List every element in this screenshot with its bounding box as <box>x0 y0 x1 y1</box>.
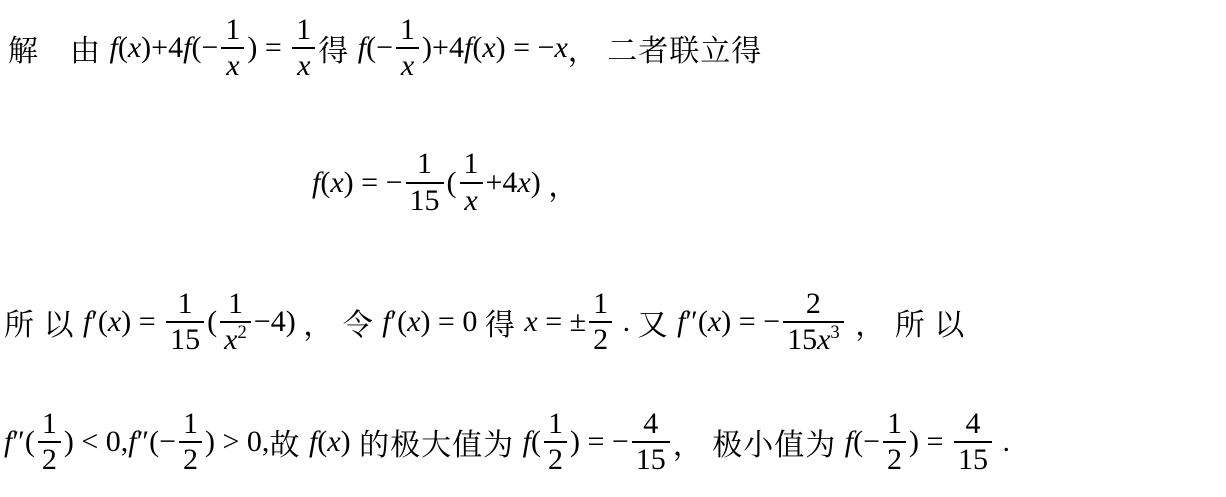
math-run: f <box>128 425 136 459</box>
math-run: x <box>482 31 495 65</box>
solution-line-2: f(x) = −115(1x+4x) ， <box>0 135 1226 230</box>
math-run: x <box>554 31 567 65</box>
fraction: 1x <box>221 13 244 84</box>
math-run: 1 <box>183 407 198 440</box>
text-run: 故 <box>269 420 309 464</box>
fraction: 415 <box>954 407 992 478</box>
math-run: x <box>224 323 237 356</box>
math-run: ) < 0, <box>64 425 128 459</box>
math-run: 15 <box>787 323 817 356</box>
math-run: 1 <box>296 13 311 46</box>
text-run: ， 所 以 <box>847 300 966 344</box>
math-run: 1 <box>593 287 608 320</box>
math-run: x <box>517 166 530 200</box>
fraction-denominator: 15x3 <box>783 323 844 358</box>
text-run: 解 由 <box>8 26 110 70</box>
text-run: ， 二者联立得 <box>568 26 763 70</box>
fraction-denominator: 15 <box>166 323 204 358</box>
fraction: 12 <box>38 407 61 478</box>
fraction-numerator: 1 <box>460 147 483 184</box>
solution-line-1: 解 由 f(x)+4f(−1x) = 1x得 f(−1x)+4f(x) = −x… <box>0 0 1226 96</box>
fraction-numerator: 1 <box>544 407 567 444</box>
math-run: x <box>108 305 121 339</box>
math-run: . <box>995 425 1010 459</box>
math-run: 2 <box>548 443 563 476</box>
fraction-numerator: 1 <box>221 13 244 50</box>
math-run: 1 <box>887 407 902 440</box>
math-run: (− <box>191 31 218 65</box>
fraction-denominator: 15 <box>406 184 444 219</box>
math-run: ″( <box>685 305 708 339</box>
math-run: f <box>845 425 853 459</box>
math-run: = ± <box>538 305 586 339</box>
math-run: f <box>677 305 685 339</box>
fraction: 1x <box>460 147 483 218</box>
fraction-denominator: x <box>292 49 315 84</box>
math-run: f <box>358 31 366 65</box>
math-run: . <box>615 305 638 339</box>
math-run: +4 <box>486 166 518 200</box>
math-run: ″( <box>12 425 35 459</box>
text-run: ， 令 <box>303 300 382 344</box>
math-run: (− <box>366 31 393 65</box>
math-run: f <box>312 166 320 200</box>
math-run: x <box>226 49 239 82</box>
math-run: ′( <box>391 305 408 339</box>
fraction-numerator: 1 <box>396 13 419 50</box>
math-run: x <box>401 49 414 82</box>
math-run: 15 <box>170 323 200 356</box>
text-run: ， 极小值为 <box>673 420 845 464</box>
superscript: 3 <box>830 322 839 343</box>
fraction-denominator: x <box>460 184 483 219</box>
text-run: 又 <box>638 300 678 344</box>
math-run: 2 <box>593 323 608 356</box>
fraction: 115 <box>406 147 444 218</box>
fraction-denominator: 2 <box>883 443 906 478</box>
superscript: 2 <box>237 322 246 343</box>
fraction-numerator: 1 <box>883 407 906 444</box>
math-run: )+4 <box>422 31 464 65</box>
fraction-numerator: 4 <box>632 407 670 444</box>
math-document-page: 解 由 f(x)+4f(−1x) = 1x得 f(−1x)+4f(x) = −x… <box>0 0 1226 497</box>
math-run: f <box>523 425 531 459</box>
math-run: ) = − <box>721 305 780 339</box>
math-run: f <box>110 31 118 65</box>
fraction-denominator: x <box>396 49 419 84</box>
math-run: 15 <box>958 443 988 476</box>
math-run: ( <box>317 425 327 459</box>
math-run: f <box>382 305 390 339</box>
fraction-numerator: 2 <box>783 287 844 324</box>
fraction-denominator: x <box>221 49 244 84</box>
math-run: ) = 0 <box>420 305 484 339</box>
math-run: ( <box>531 425 541 459</box>
fraction: 12 <box>589 287 612 358</box>
math-run: 1 <box>464 147 479 180</box>
solution-line-3: 所 以 f′(x) = 115(1x2−4) ， 令 f′(x) = 0 得 x… <box>0 272 1226 372</box>
fraction: 1x <box>396 13 419 84</box>
math-run: ) = − <box>344 166 403 200</box>
math-run: x <box>464 184 477 217</box>
math-run: 15 <box>410 184 440 217</box>
fraction: 12 <box>883 407 906 478</box>
math-run: ( <box>472 31 482 65</box>
fraction-numerator: 1 <box>179 407 202 444</box>
math-run: ( <box>447 166 457 200</box>
fraction-numerator: 1 <box>220 287 251 324</box>
math-run: ) <box>341 425 351 459</box>
fraction: 215x3 <box>783 287 844 358</box>
math-run: ) = <box>121 305 163 339</box>
math-run: 1 <box>178 287 193 320</box>
fraction: 12 <box>544 407 567 478</box>
math-run: f <box>464 31 472 65</box>
math-run: f <box>309 425 317 459</box>
math-run: x <box>407 305 420 339</box>
fraction-numerator: 1 <box>166 287 204 324</box>
math-run: 2 <box>42 443 57 476</box>
math-run: ( <box>118 31 128 65</box>
math-run: 2 <box>887 443 902 476</box>
text-run: 所 以 <box>4 300 83 344</box>
math-run: ( <box>320 166 330 200</box>
math-run: ) <box>531 166 549 200</box>
math-run: 4 <box>643 407 658 440</box>
text-run: 得 <box>485 300 525 344</box>
math-run: ) = <box>247 31 289 65</box>
math-run: (− <box>853 425 880 459</box>
fraction-denominator: 2 <box>179 443 202 478</box>
text-run: 的极大值为 <box>351 420 523 464</box>
math-run: x <box>327 425 340 459</box>
fraction-numerator: 4 <box>954 407 992 444</box>
fraction-denominator: x2 <box>220 323 251 358</box>
math-run: x <box>297 49 310 82</box>
math-run: 1 <box>225 13 240 46</box>
math-run: )+4 <box>141 31 183 65</box>
math-run: 1 <box>400 13 415 46</box>
fraction-denominator: 2 <box>544 443 567 478</box>
fraction-numerator: 1 <box>38 407 61 444</box>
text-run: ， <box>548 161 579 205</box>
math-run: x <box>708 305 721 339</box>
math-run: ″(− <box>137 425 176 459</box>
math-run: ) = <box>909 425 951 459</box>
fraction-denominator: 15 <box>632 443 670 478</box>
math-run: ′( <box>91 305 108 339</box>
math-run: ) = − <box>496 31 555 65</box>
fraction-denominator: 15 <box>954 443 992 478</box>
math-run: f <box>4 425 12 459</box>
math-run: f <box>83 305 91 339</box>
fraction-numerator: 1 <box>292 13 315 50</box>
fraction: 1x <box>292 13 315 84</box>
math-run: f <box>183 31 191 65</box>
fraction-denominator: 2 <box>589 323 612 358</box>
fraction: 115 <box>166 287 204 358</box>
fraction-denominator: 2 <box>38 443 61 478</box>
math-run: 1 <box>228 287 243 320</box>
math-run: x <box>330 166 343 200</box>
math-run: x <box>524 305 537 339</box>
math-run: ( <box>207 305 217 339</box>
math-run: 4 <box>965 407 980 440</box>
math-run: 2 <box>183 443 198 476</box>
math-run: 1 <box>417 147 432 180</box>
solution-line-4: f″(12) < 0,f″(−12) > 0,故 f(x) 的极大值为 f(12… <box>0 392 1226 492</box>
text-run: 得 <box>318 26 358 70</box>
math-run: 1 <box>42 407 57 440</box>
fraction-numerator: 1 <box>406 147 444 184</box>
math-run: ) > 0, <box>205 425 269 459</box>
fraction: 1x2 <box>220 287 251 358</box>
math-run: 2 <box>806 287 821 320</box>
math-run: x <box>128 31 141 65</box>
math-run: x <box>817 323 830 356</box>
fraction: 415 <box>632 407 670 478</box>
math-run: 1 <box>548 407 563 440</box>
fraction: 12 <box>179 407 202 478</box>
math-run: 15 <box>636 443 666 476</box>
fraction-numerator: 1 <box>589 287 612 324</box>
math-run: ) = − <box>570 425 629 459</box>
math-run: −4) <box>254 305 303 339</box>
